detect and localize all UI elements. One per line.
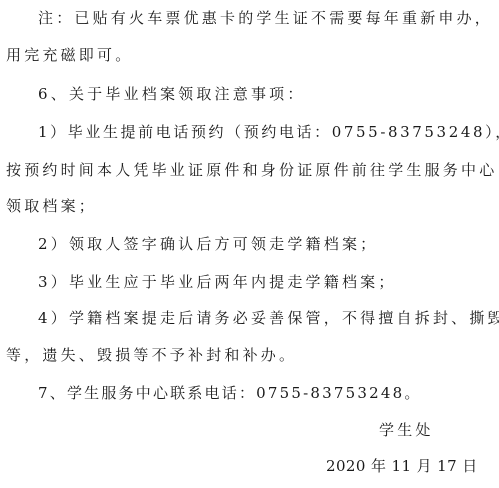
item-3: 3）毕业生应于毕业后两年内提走学籍档案； <box>38 273 397 291</box>
signature: 学生处 <box>379 421 434 439</box>
section-6-heading: 6、关于毕业档案领取注意事项： <box>38 85 306 103</box>
note-line-1: 注：已贴有火车票优惠卡的学生证不需要每年重新申办， <box>38 9 493 27</box>
item-2: 2）领取人签字确认后方可领走学籍档案； <box>38 235 378 253</box>
item-4-line-1: 4）学籍档案提走后请务必妥善保管，不得擅自拆封、撕毁 <box>38 309 499 327</box>
note-line-2: 用完充磁即可。 <box>6 46 133 64</box>
date: 2020 年 11 月 17 日 <box>326 457 478 475</box>
item-1-line-1: 1）毕业生提前电话预约（预约电话：0755-83753248）， <box>38 123 499 141</box>
section-7-contact: 7、学生服务中心联系电话：0755-83753248。 <box>38 384 422 402</box>
item-1-line-3: 领取档案； <box>6 197 97 215</box>
item-1-line-2: 按预约时间本人凭毕业证原件和身份证原件前往学生服务中心 <box>6 161 497 179</box>
item-4-line-2: 等，遗失、毁损等不予补封和补办。 <box>6 346 297 364</box>
